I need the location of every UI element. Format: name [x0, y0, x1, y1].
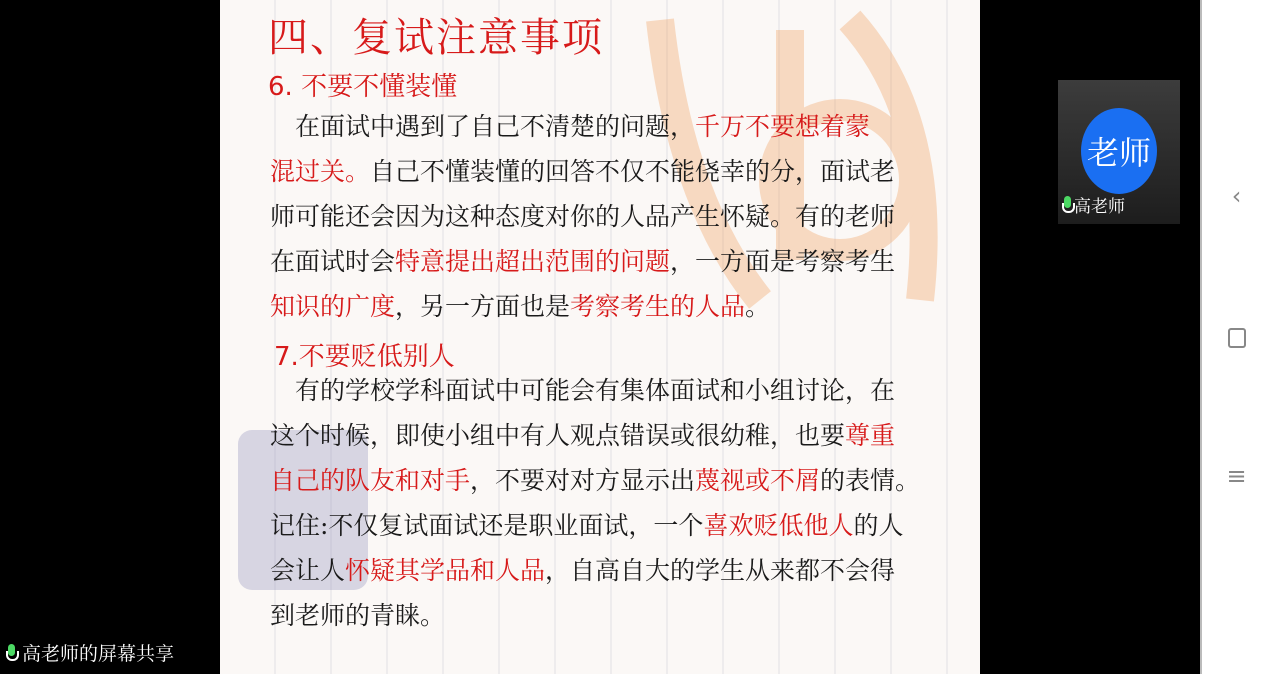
highlighted-text: 蔑视或不屑 — [695, 466, 820, 495]
highlighted-text: 尊重 — [845, 421, 895, 450]
body-text: 。 — [745, 292, 770, 321]
home-icon — [1228, 328, 1246, 348]
text-line: 在面试中遇到了自己不清楚的问题，千万不要想着蒙 — [270, 104, 940, 149]
body-text: 会让人 — [270, 556, 345, 585]
highlighted-text: 自己的队友和对手 — [270, 466, 470, 495]
menu-button[interactable]: ≡ — [1202, 462, 1269, 490]
body-text: ，不要对对方显示出 — [470, 466, 695, 495]
highlighted-text: 喜欢贬低他人 — [703, 511, 853, 540]
body-text: 有的学校学科面试中可能会有集体面试和小组讨论，在 — [270, 376, 895, 405]
section-7-body: 有的学校学科面试中可能会有集体面试和小组讨论，在这个时候，即使小组中有人观点错误… — [270, 368, 940, 638]
highlighted-text: 考察考生的人品 — [570, 292, 745, 321]
participant-name: 高老师 — [1074, 192, 1125, 217]
participant-name-label: 高老师 — [1062, 192, 1125, 217]
text-line: 知识的广度，另一方面也是考察考生的人品。 — [270, 284, 940, 329]
highlighted-text: 知识的广度 — [270, 292, 395, 321]
text-line: 师可能还会因为这种态度对你的人品产生怀疑。有的老师 — [270, 194, 940, 239]
slide-title: 四、复试注意事项 — [268, 6, 604, 63]
body-text: 的人 — [853, 511, 903, 540]
highlighted-text: 怀疑其学品和人品 — [345, 556, 545, 585]
text-line: 自己的队友和对手，不要对对方显示出蔑视或不屑的表情。 — [270, 458, 940, 503]
microphone-icon — [1062, 196, 1072, 214]
text-line: 在面试时会特意提出超出范围的问题，一方面是考察考生 — [270, 239, 940, 284]
highlighted-text: 特意提出超出范围的问题 — [395, 247, 670, 276]
text-line: 这个时候，即使小组中有人观点错误或很幼稚，也要尊重 — [270, 413, 940, 458]
back-button[interactable]: ‹ — [1202, 182, 1269, 210]
section-6-body: 在面试中遇到了自己不清楚的问题，千万不要想着蒙混过关。自己不懂装懂的回答不仅不能… — [270, 104, 940, 329]
menu-icon: ≡ — [1226, 462, 1246, 490]
body-text: ，一方面是考察考生 — [670, 247, 895, 276]
microphone-icon — [6, 644, 16, 662]
body-text: 的表情。 — [820, 466, 920, 495]
text-line: 混过关。自己不懂装懂的回答不仅不能侥幸的分，面试老 — [270, 149, 940, 194]
body-text: 这个时候，即使小组中有人观点错误或很幼稚，也要 — [270, 421, 845, 450]
screen-share-label: 高老师的屏幕共享 — [6, 639, 174, 666]
text-line: 会让人怀疑其学品和人品，自高自大的学生从来都不会得 — [270, 548, 940, 593]
body-text: 在面试中遇到了自己不清楚的问题， — [270, 112, 695, 141]
body-text: 自己不懂装懂的回答不仅不能侥幸的分，面试老 — [370, 157, 895, 186]
body-text: 到老师的青睐。 — [270, 601, 445, 630]
home-button[interactable] — [1202, 326, 1269, 354]
section-6-heading: 6. 不要不懂装懂 — [268, 66, 457, 103]
text-line: 有的学校学科面试中可能会有集体面试和小组讨论，在 — [270, 368, 940, 413]
shared-screen-slide: 四、复试注意事项 6. 不要不懂装懂 在面试中遇到了自己不清楚的问题，千万不要想… — [220, 0, 980, 674]
body-text: 记住:不仅复试面试还是职业面试，一个 — [270, 511, 703, 540]
highlighted-text: 千万不要想着蒙 — [695, 112, 870, 141]
text-line: 到老师的青睐。 — [270, 593, 940, 638]
body-text: ，另一方面也是 — [395, 292, 570, 321]
participant-video-tile[interactable]: 老师 高老师 — [1058, 80, 1180, 224]
android-nav-bar: ‹ ≡ — [1200, 0, 1269, 674]
screen-share-text: 高老师的屏幕共享 — [22, 639, 174, 666]
highlighted-text: 混过关。 — [270, 157, 370, 186]
body-text: 在面试时会 — [270, 247, 395, 276]
text-line: 记住:不仅复试面试还是职业面试，一个喜欢贬低他人的人 — [270, 503, 940, 548]
body-text: 师可能还会因为这种态度对你的人品产生怀疑。有的老师 — [270, 202, 895, 231]
avatar: 老师 — [1081, 108, 1157, 194]
back-icon: ‹ — [1232, 182, 1242, 210]
body-text: ，自高自大的学生从来都不会得 — [545, 556, 895, 585]
